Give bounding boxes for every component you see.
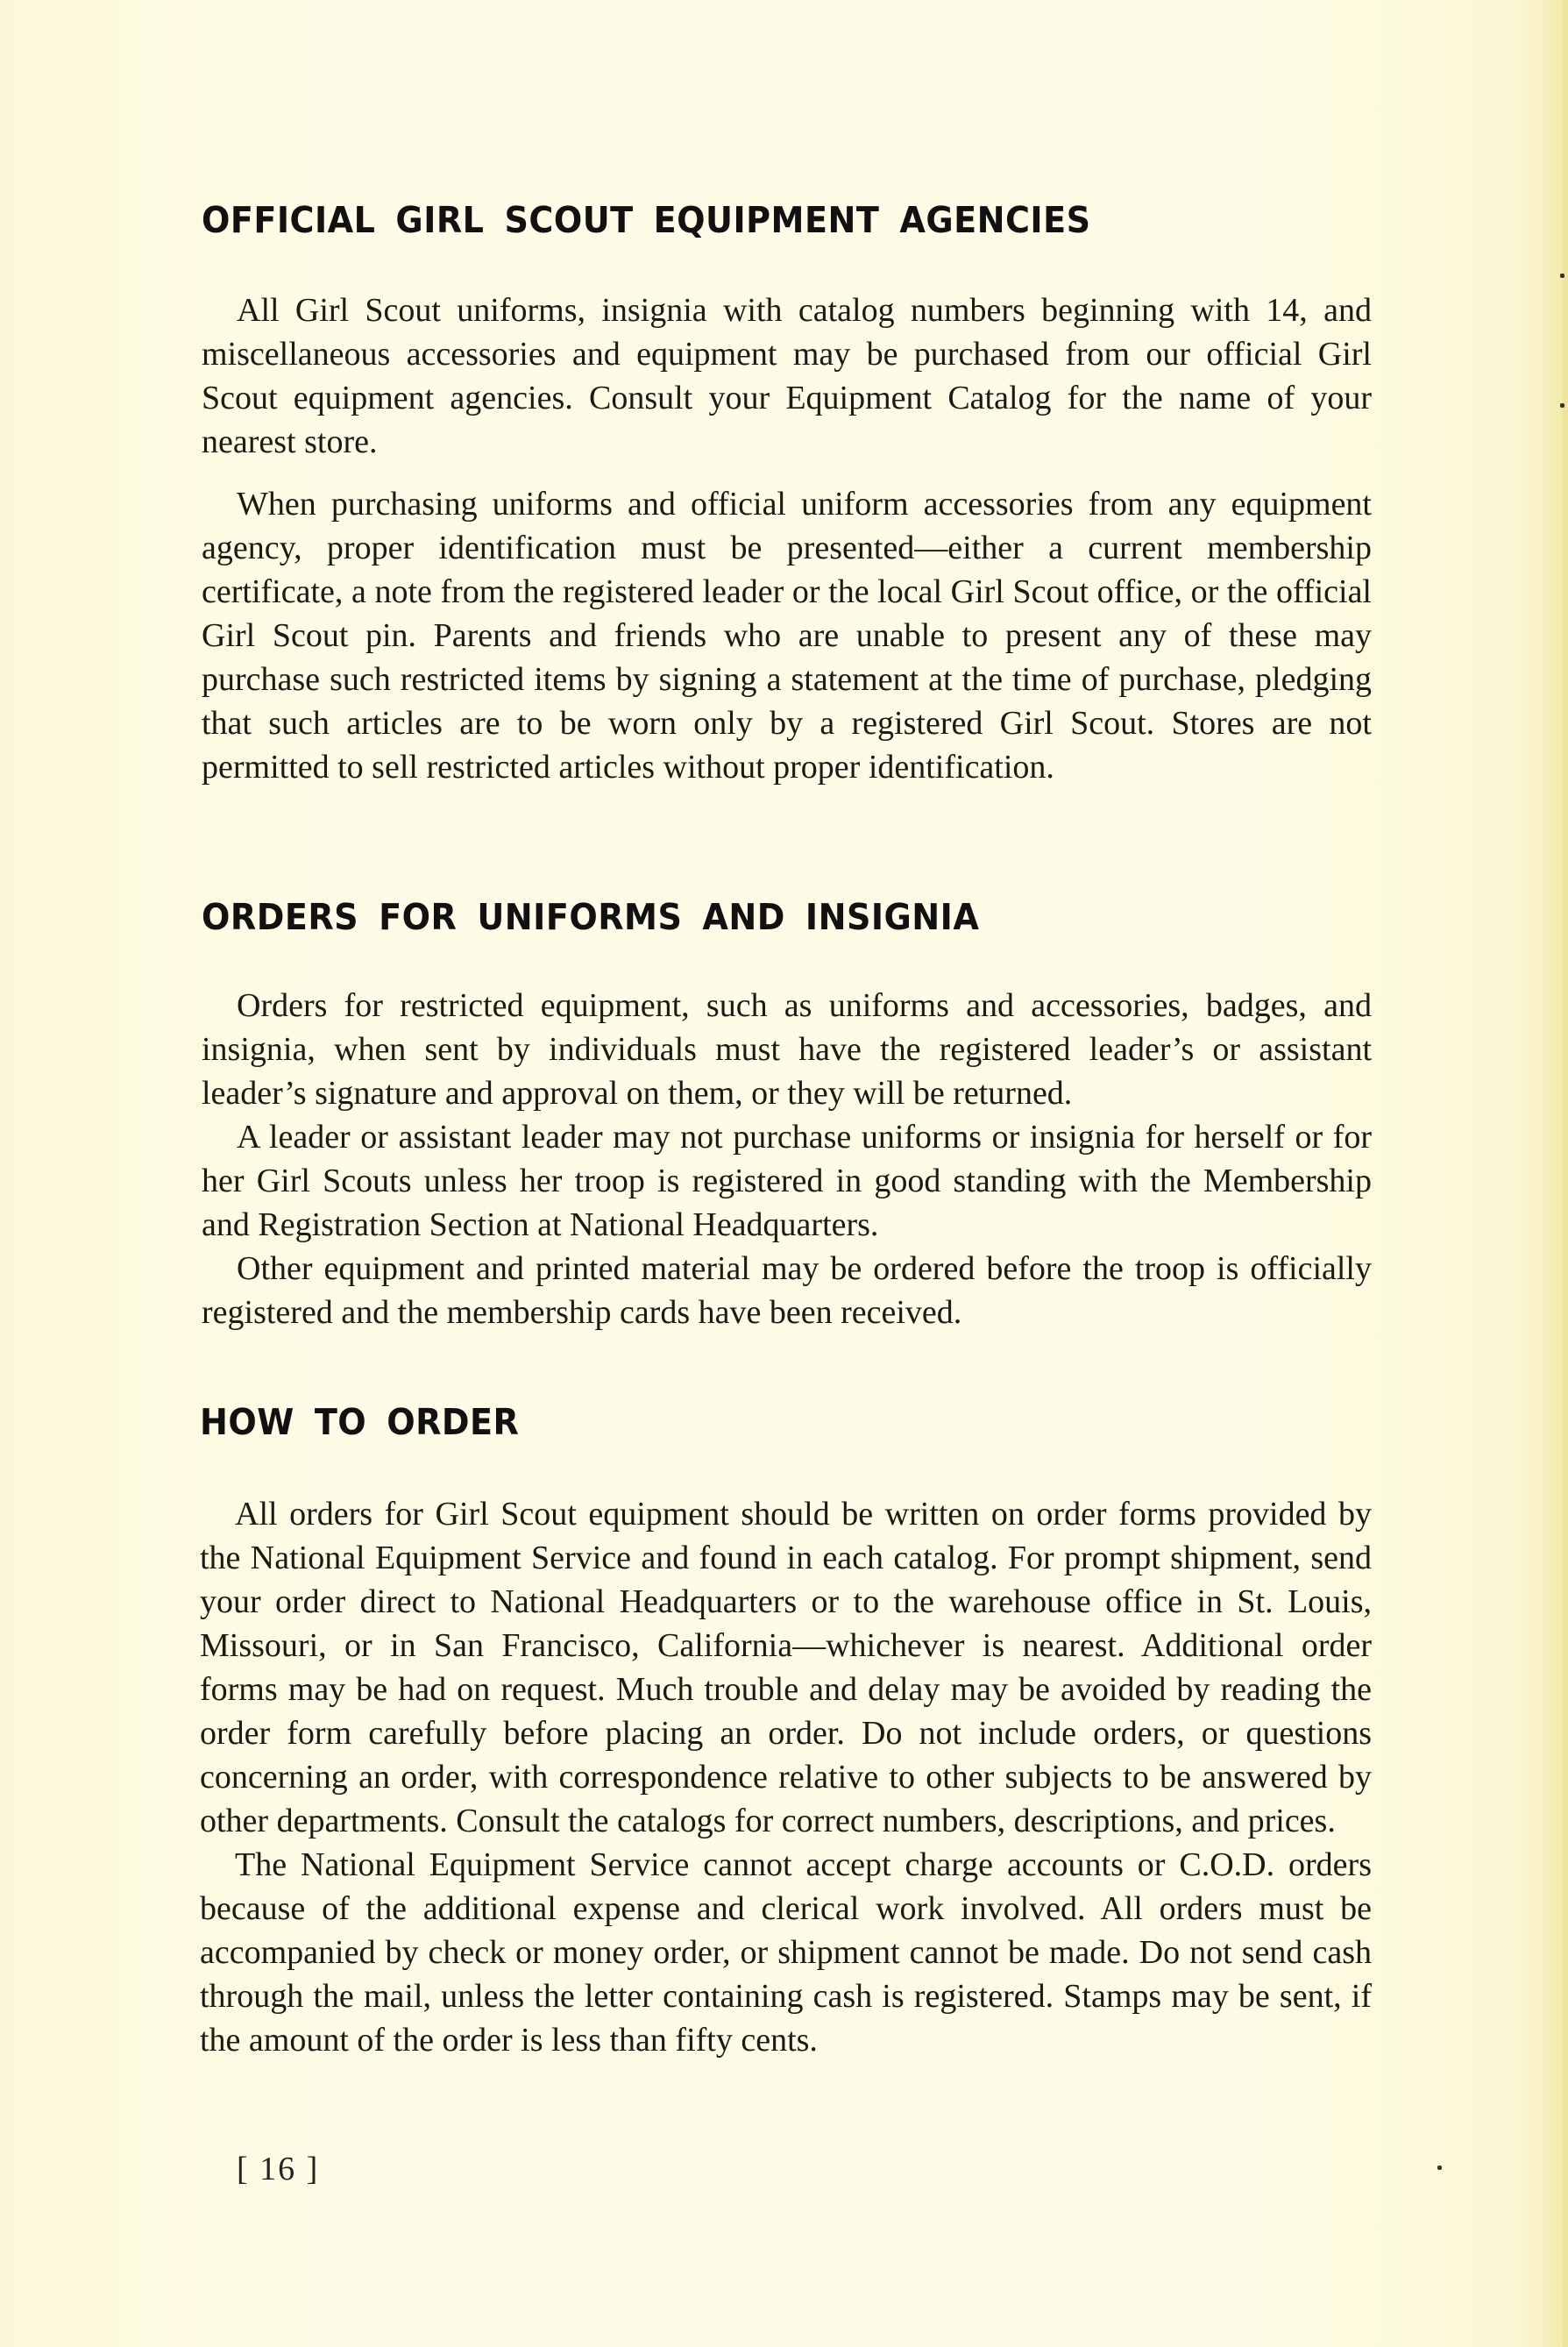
section-how-to-order: HOW TO ORDER All orders for Girl Scout e… — [200, 1401, 1372, 2062]
scan-speck — [1437, 2166, 1442, 2170]
page-content: OFFICIAL GIRL SCOUT EQUIPMENT AGENCIES A… — [202, 193, 1372, 789]
paragraph: Other equipment and printed material may… — [202, 1247, 1372, 1334]
paragraph: When purchasing uniforms and official un… — [202, 482, 1372, 789]
section-heading: OFFICIAL GIRL SCOUT EQUIPMENT AGENCIES — [202, 199, 1290, 241]
paragraph: All Girl Scout uniforms, insignia with c… — [202, 288, 1372, 464]
section-equipment-agencies: OFFICIAL GIRL SCOUT EQUIPMENT AGENCIES A… — [202, 199, 1372, 789]
paragraph: All orders for Girl Scout equipment shou… — [200, 1492, 1372, 1843]
paragraph: Orders for restricted equipment, such as… — [202, 984, 1372, 1115]
scan-speck — [1560, 274, 1564, 278]
paragraph: The National Equipment Service cannot ac… — [200, 1843, 1372, 2062]
section-orders-uniforms-insignia: ORDERS FOR UNIFORMS AND INSIGNIA Orders … — [202, 896, 1372, 1334]
paragraph: A leader or assistant leader may not pur… — [202, 1115, 1372, 1247]
page-edge — [1563, 0, 1568, 2347]
section-heading: ORDERS FOR UNIFORMS AND INSIGNIA — [202, 896, 1290, 938]
scan-speck — [1560, 403, 1564, 408]
page-number: [ 16 ] — [237, 2150, 319, 2188]
section-heading: HOW TO ORDER — [200, 1401, 1289, 1443]
scanned-page: OFFICIAL GIRL SCOUT EQUIPMENT AGENCIES A… — [0, 0, 1568, 2347]
